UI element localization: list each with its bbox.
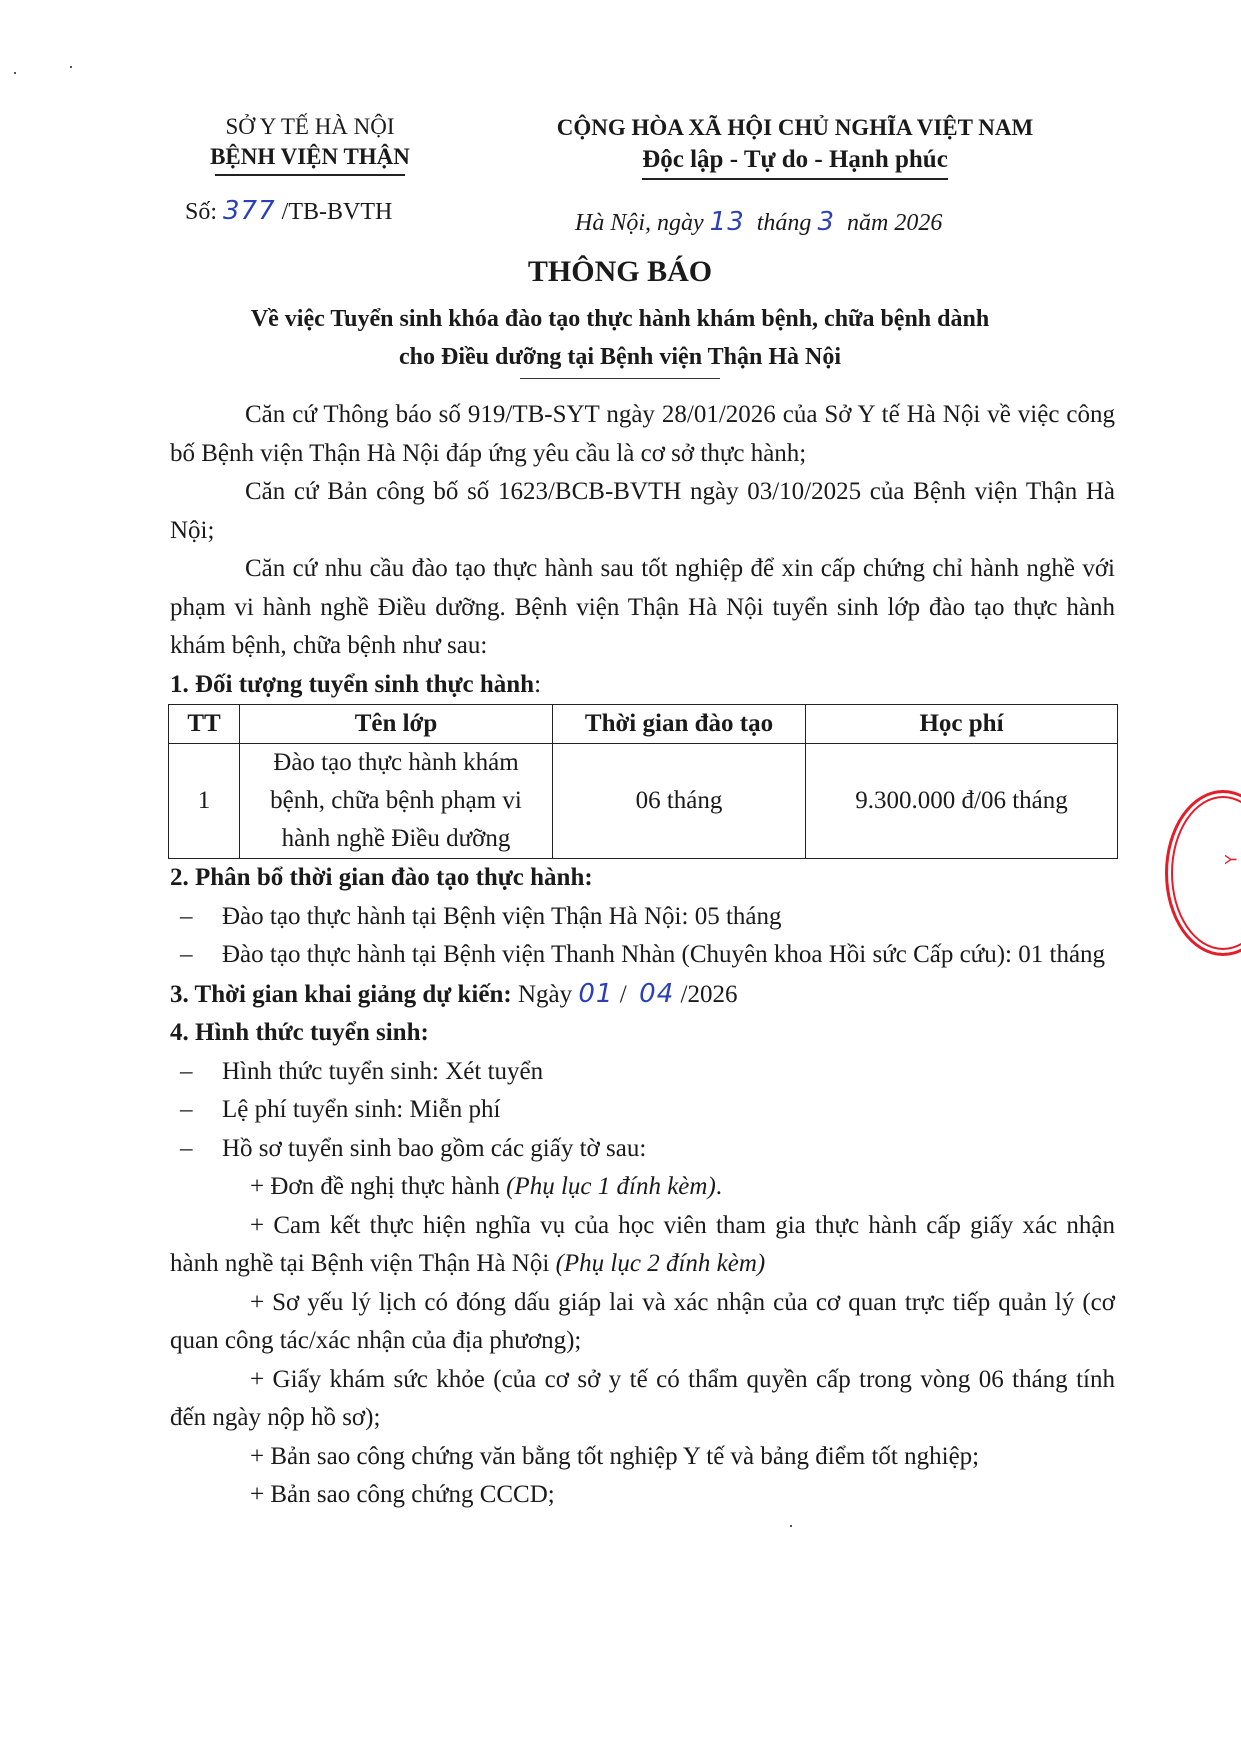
document-number: Số: 377 /TB-BVTH (185, 196, 392, 226)
organization-name: BỆNH VIỆN THẬN (150, 142, 470, 172)
subtitle-underline (520, 378, 720, 379)
section-2-heading: 2. Phân bổ thời gian đào tạo thực hành: (170, 859, 1115, 898)
opening-year: /2026 (681, 981, 738, 1008)
table-header-cell: Học phí (806, 705, 1118, 744)
section-4-heading: 4. Hình thức tuyển sinh: (170, 1014, 1115, 1053)
handwritten-opening-day: 01 (578, 979, 613, 1009)
table-cell-fee: 9.300.000 đ/06 tháng (806, 744, 1118, 859)
section-3-heading: 3. Thời gian khai giảng dự kiến: (170, 981, 512, 1008)
list-item: –Đào tạo thực hành tại Bệnh viện Thận Hà… (170, 898, 1115, 937)
dash-bullet: – (170, 1130, 222, 1169)
document-requirement: + Sơ yếu lý lịch có đóng dấu giáp lai và… (170, 1284, 1115, 1361)
document-requirement: + Cam kết thực hiện nghĩa vụ của học viê… (170, 1207, 1115, 1284)
agency-name: SỞ Y TẾ HÀ NỘI (150, 112, 470, 142)
dash-bullet: – (170, 898, 222, 937)
document-title: THÔNG BÁO (150, 255, 1090, 289)
list-item: –Hồ sơ tuyển sinh bao gồm các giấy tờ sa… (170, 1130, 1115, 1169)
preamble-paragraph: Căn cứ Thông báo số 919/TB-SYT ngày 28/0… (170, 396, 1115, 473)
list-item: –Đào tạo thực hành tại Bệnh viện Thanh N… (170, 936, 1115, 975)
month-label: tháng (757, 210, 812, 236)
scan-speck (70, 66, 72, 68)
heading-colon: : (534, 671, 541, 698)
issuing-agency-block: SỞ Y TẾ HÀ NỘI BỆNH VIỆN THẬN (150, 112, 470, 176)
national-motto: Độc lập - Tự do - Hạnh phúc (642, 144, 948, 180)
list-item: –Hình thức tuyển sinh: Xét tuyển (170, 1053, 1115, 1092)
dash-bullet: – (170, 1053, 222, 1092)
subtitle-line-2: cho Điều dưỡng tại Bệnh viện Thận Hà Nội (150, 338, 1090, 376)
table-header-cell: TT (169, 705, 240, 744)
table-cell-class-name: Đào tạo thực hành khám bệnh, chữa bệnh p… (240, 744, 553, 859)
handwritten-number: 377 (223, 196, 276, 226)
document-subtitle: Về việc Tuyển sinh khóa đào tạo thực hàn… (150, 300, 1090, 379)
table-header-cell: Thời gian đào tạo (553, 705, 806, 744)
document-requirement: + Bản sao công chứng văn bằng tốt nghiệp… (170, 1438, 1115, 1477)
handwritten-month: 3 (817, 207, 835, 237)
section-1-heading-text: 1. Đối tượng tuyển sinh thực hành (170, 671, 534, 698)
scan-speck (318, 1495, 320, 1497)
subtitle-line-1: Về việc Tuyển sinh khóa đào tạo thực hàn… (150, 300, 1090, 338)
document-body: Căn cứ Thông báo số 919/TB-SYT ngày 28/0… (170, 396, 1115, 1515)
list-item-text: Lệ phí tuyển sinh: Miễn phí (222, 1091, 1115, 1130)
scan-speck (790, 1525, 792, 1527)
document-requirement: + Bản sao công chứng CCCD; (170, 1476, 1115, 1515)
list-item-text: Hồ sơ tuyển sinh bao gồm các giấy tờ sau… (222, 1130, 1115, 1169)
section-1-heading: 1. Đối tượng tuyển sinh thực hành: (170, 666, 1115, 705)
document-requirement: + Đơn đề nghị thực hành (Phụ lục 1 đính … (170, 1168, 1115, 1207)
opening-prefix: Ngày (518, 981, 572, 1008)
training-class-table: TT Tên lớp Thời gian đào tạo Học phí 1 Đ… (168, 704, 1118, 859)
year-text: năm 2026 (847, 210, 942, 236)
list-item-text: Hình thức tuyển sinh: Xét tuyển (222, 1053, 1115, 1092)
handwritten-opening-month: 04 (639, 979, 674, 1009)
table-header-cell: Tên lớp (240, 705, 553, 744)
issue-date: Hà Nội, ngày 13 tháng 3 năm 2026 (575, 207, 942, 237)
requirement-note: (Phụ lục 1 đính kèm) (506, 1173, 716, 1200)
date-separator: / (620, 981, 627, 1008)
preamble-paragraph: Căn cứ Bản công bố số 1623/BCB-BVTH ngày… (170, 473, 1115, 550)
preamble-paragraph: Căn cứ nhu cầu đào tạo thực hành sau tốt… (170, 550, 1115, 666)
handwritten-day: 13 (710, 207, 745, 237)
header-underline (215, 174, 405, 176)
requirement-note: (Phụ lục 2 đính kèm) (556, 1250, 766, 1277)
requirement-text: + Đơn đề nghị thực hành (250, 1173, 506, 1200)
official-seal-stamp (1165, 790, 1241, 956)
seal-glyph: Y (1222, 855, 1241, 865)
table-cell-duration: 06 tháng (553, 744, 806, 859)
dash-bullet: – (170, 1091, 222, 1130)
dash-bullet: – (170, 936, 222, 975)
section-3-line: 3. Thời gian khai giảng dự kiến: Ngày 01… (170, 975, 1115, 1015)
national-header-block: CỘNG HÒA XÃ HỘI CHỦ NGHĨA VIỆT NAM Độc l… (500, 112, 1090, 180)
table-header-row: TT Tên lớp Thời gian đào tạo Học phí (169, 705, 1118, 744)
list-item-text: Đào tạo thực hành tại Bệnh viện Thanh Nh… (222, 936, 1115, 975)
list-item-text: Đào tạo thực hành tại Bệnh viện Thận Hà … (222, 898, 1115, 937)
list-item: –Lệ phí tuyển sinh: Miễn phí (170, 1091, 1115, 1130)
nation-name: CỘNG HÒA XÃ HỘI CHỦ NGHĨA VIỆT NAM (500, 112, 1090, 144)
table-row: 1 Đào tạo thực hành khám bệnh, chữa bệnh… (169, 744, 1118, 859)
number-suffix: /TB-BVTH (282, 199, 393, 225)
date-prefix: Hà Nội, ngày (575, 210, 704, 236)
number-label: Số: (185, 199, 217, 225)
scan-speck (14, 72, 16, 74)
document-requirement: + Giấy khám sức khỏe (của cơ sở y tế có … (170, 1361, 1115, 1438)
requirement-tail: . (716, 1173, 722, 1200)
table-cell-index: 1 (169, 744, 240, 859)
